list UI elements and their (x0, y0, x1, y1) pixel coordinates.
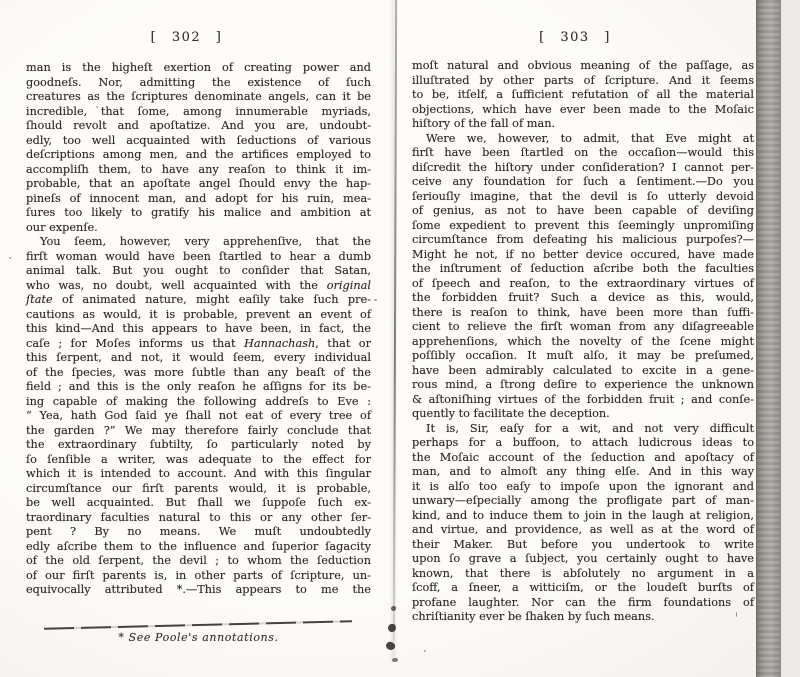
dust-speck (374, 299, 377, 301)
text-line: cautions as would, it is probable, preve… (26, 308, 371, 323)
text-line: “ Yea, hath God ſaid ye ſhall not eat of… (26, 409, 371, 424)
footnote-rule (44, 620, 352, 630)
text-line: kind, and to induce them to join in the … (412, 509, 754, 524)
text-line: ſeriouſly imagine, that the devil is ſo … (412, 190, 754, 205)
text-line: of the ſpecies, was more ſubtle than any… (26, 366, 371, 381)
text-line: creatures as the ſcriptures denominate a… (26, 90, 371, 105)
text-line: field ; and this is the only reaſon he a… (26, 380, 371, 395)
text-line: profane laughter. Nor can the firm found… (412, 596, 754, 611)
right-page-text: moſt natural and obvious meaning of the … (412, 59, 754, 625)
text-line: firſt woman would have been ſtartled to … (26, 250, 371, 265)
text-line: ſhould revolt and apoſtatize. And you ar… (26, 119, 371, 134)
text-line: known, that there is abſolutely no argum… (412, 567, 754, 582)
text-line: ſo ſenſible a writer, was adequate to th… (26, 453, 371, 468)
text-line: upon ſo grave a ſubject, you certainly o… (412, 552, 754, 567)
text-line: this kind—And this appears to have been,… (26, 322, 371, 337)
text-line: It is, Sir, eaſy for a wit, and not very… (412, 422, 754, 437)
footnote: * See Poole's annotations. (26, 631, 371, 644)
text-line: unwary—eſpecially among the profligate p… (412, 494, 754, 509)
text-line: chriſtianity ever be ſhaken by ſuch mean… (412, 610, 754, 625)
text-line: pineſs of innocent man, and adopt for hi… (26, 192, 371, 207)
text-line: probable, that an apoſtate angel ſhould … (26, 177, 371, 192)
dust-speck (9, 257, 11, 259)
text-line: equivocally attributed *.—This appears t… (26, 583, 371, 598)
text-line: circumſtance from defeating his maliciou… (412, 233, 754, 248)
dust-speck (424, 650, 426, 652)
text-line: our expenſe. (26, 221, 371, 236)
text-line: diſcredit the hiſtory under conſideratio… (412, 161, 754, 176)
text-line: illuſtrated by other parts of ſcripture.… (412, 74, 754, 89)
text-line: caſe ; for Moſes informs us that Hannach… (26, 337, 371, 352)
text-line: the garden ?” We may therefore fairly co… (26, 424, 371, 439)
left-page-text: man is the higheſt exertion of creating … (26, 61, 371, 598)
text-line: poſſibly occaſion. It muſt alſo, it may … (412, 349, 754, 364)
text-line: accompliſh them, to have any reaſon to t… (26, 163, 371, 178)
text-line: which it is intended to account. And wit… (26, 467, 371, 482)
text-line: the Moſaic account of the ſeduction and … (412, 451, 754, 466)
text-line: the inſtrument of ſeduction aſcribe both… (412, 262, 754, 277)
text-line: it is alſo too eaſy to impoſe upon the i… (412, 480, 754, 495)
text-line: their Maker. But before you undertook to… (412, 538, 754, 553)
text-line: quently to facilitate the deception. (412, 407, 754, 422)
left-page-number: [ 302 ] (2, 30, 371, 45)
text-line: apprehenſions, which the novelty of the … (412, 335, 754, 350)
text-line: ceive any foundation for ſuch a ſentimen… (412, 175, 754, 190)
text-line: of genius, as not to have been capable o… (412, 204, 754, 219)
text-line: the forbidden fruit? Such a device as th… (412, 291, 754, 306)
text-line: objections, which have ever been made to… (412, 103, 754, 118)
text-line: edly, too well acquainted with ſeduction… (26, 134, 371, 149)
text-line: incredible, that ſome, among innumerable… (26, 105, 371, 120)
text-line: circumſtance our firſt parents would, it… (26, 482, 371, 497)
page-edge-strip (756, 0, 781, 677)
text-line: perhaps for a buffoon, to attach ludicro… (412, 436, 754, 451)
text-line: ſcoff, a ſneer, a witticiſm, or the loud… (412, 581, 754, 596)
text-line: have been admirably calculated to excite… (412, 364, 754, 379)
book-scan: [ 302 ] man is the higheſt exertion of c… (0, 0, 800, 677)
text-line: hiſtory of the fall of man. (412, 117, 754, 132)
text-line: firſt have been ſtartled on the occaſion… (412, 146, 754, 161)
text-line: ing capable of making the following addr… (26, 395, 371, 410)
text-line: pent ? By no means. We muſt undoubtedly (26, 525, 371, 540)
text-line: and virtue, and providence, as well as a… (412, 523, 754, 538)
text-line: deſcriptions among men, and the artifice… (26, 148, 371, 163)
text-line: man is the higheſt exertion of creating … (26, 61, 371, 76)
text-line: of the old ſerpent, the devil ; to whom … (26, 554, 371, 569)
text-line: to be, itſelf, a ſufficient refutation o… (412, 88, 754, 103)
text-line: cient to relieve the firſt woman from an… (412, 320, 754, 335)
text-line: of ſpeech and reaſon, to the extraordina… (412, 277, 754, 292)
text-line: the extraordinary ſubtilty, ſo particula… (26, 438, 371, 453)
right-page-number: [ 303 ] (396, 30, 754, 45)
text-line: edly aſcribe them to the influence and ſ… (26, 540, 371, 555)
text-line: moſt natural and obvious meaning of the … (412, 59, 754, 74)
right-page: [ 303 ] moſt natural and obvious meaning… (412, 0, 754, 677)
text-line: animal talk. But you ought to conſider t… (26, 264, 371, 279)
text-line: ſures too likely to gratify his malice a… (26, 206, 371, 221)
text-line: & aſtoniſhing virtues of the forbidden f… (412, 393, 754, 408)
text-line: Might he not, if no better device occure… (412, 248, 754, 263)
text-line: rous mind, a ſtrong deſire to experience… (412, 378, 754, 393)
text-line: Were we, however, to admit, that Eve mig… (412, 132, 754, 147)
dust-speck (736, 612, 737, 617)
scan-right-margin (780, 0, 800, 677)
text-line: there is reaſon to think, have been more… (412, 306, 754, 321)
text-line: man, and to almoſt any thing elſe. And i… (412, 465, 754, 480)
text-line: who was, no doubt, well acquainted with … (26, 279, 371, 294)
left-page: [ 302 ] man is the higheſt exertion of c… (26, 0, 371, 677)
text-line: goodneſs. Nor, admitting the existence o… (26, 76, 371, 91)
text-line: this ſerpent, and not, it would ſeem, ev… (26, 351, 371, 366)
text-line: traordinary faculties natural to this or… (26, 511, 371, 526)
text-line: of our firſt parents is, in other parts … (26, 569, 371, 584)
dust-speck (96, 106, 98, 108)
text-line: You ſeem, however, very apprehenſive, th… (26, 235, 371, 250)
text-line: ſome expedient to prevent this ſeemingly… (412, 219, 754, 234)
text-line: be well acquainted. But ſhall we ſuppoſe… (26, 496, 371, 511)
text-line: ſtate of animated nature, might eaſily t… (26, 293, 371, 308)
